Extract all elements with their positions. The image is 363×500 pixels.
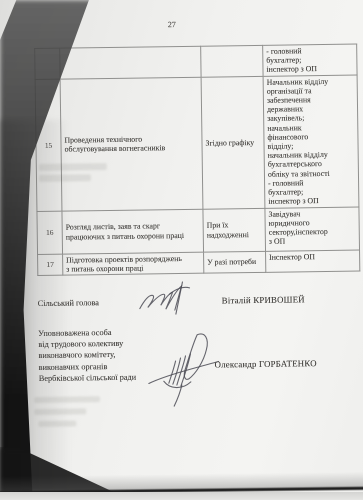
responsible-cell: Інспектор ОП (266, 250, 360, 273)
task-cell: Проведення технічного обслуговування вог… (60, 77, 203, 211)
table-row: 15 Проведення технічного обслуговування … (35, 75, 359, 211)
responsible-cell: Начальник відділу організації та забезпе… (263, 75, 359, 208)
timing-cell: При їх надходженні (203, 208, 266, 252)
safety-measures-table: - головний бухгалтер; інспектор з ОП 15 … (34, 44, 360, 277)
scan-artifact-scanner-background (0, 492, 363, 500)
name-horbatenko: Олександр ГОРБАТЕНКО (215, 358, 317, 369)
timing-cell (201, 45, 263, 76)
table-row: 17 Підготовка проектів розпоряджень з пи… (38, 250, 360, 276)
scanned-document-page: 27 - головний бухгалтер; інспектор з ОП … (0, 0, 363, 500)
timing-cell: У разі потреби (204, 251, 266, 273)
task-cell: Підготовка проектів розпоряджень з питан… (63, 252, 204, 275)
name-kryvoshei: Віталій КРИВОШЕЙ (222, 294, 305, 305)
timing-cell: Згідно графіку (201, 76, 265, 209)
signature-kryvoshei (136, 281, 196, 318)
signature-horbatenko (147, 330, 220, 407)
page-number: 27 (157, 20, 187, 29)
task-cell (60, 46, 201, 79)
table-row: - головний бухгалтер; інспектор з ОП (35, 44, 357, 79)
responsible-cell: - головний бухгалтер; інспектор з ОП (263, 44, 357, 76)
table-row: 16 Розгляд листів, заяв та скарг працююч… (37, 207, 360, 254)
responsible-cell: Завідувач юридичного сектору,інспектор з… (265, 207, 360, 251)
task-cell: Розгляд листів, заяв та скарг працюючих … (62, 209, 204, 254)
